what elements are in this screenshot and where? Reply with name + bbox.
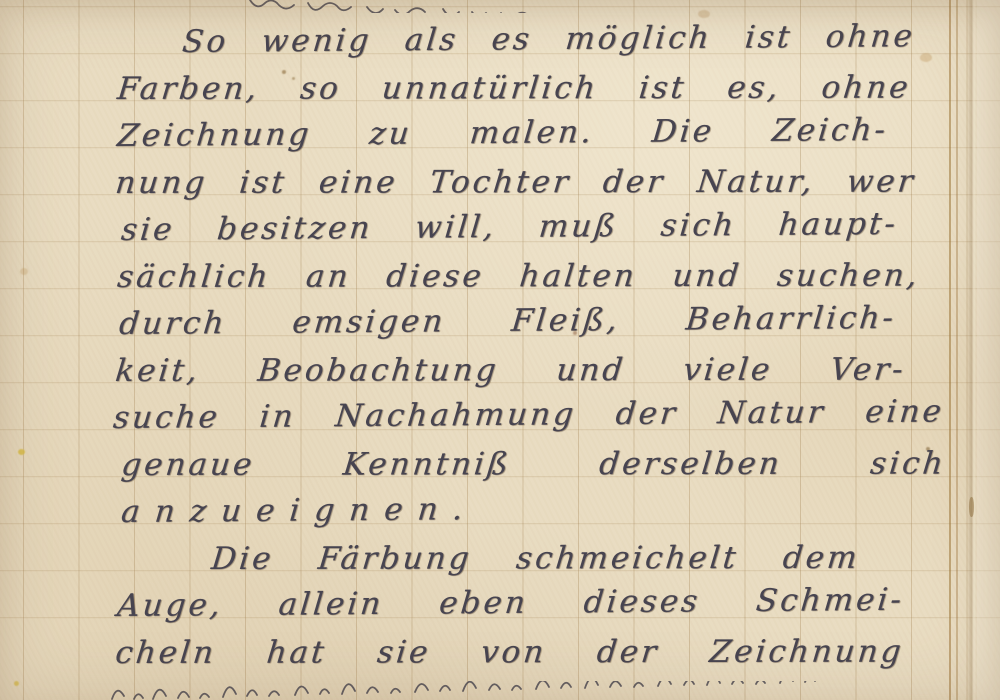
cut-off-line-top-fragment xyxy=(248,0,768,13)
manuscript-line: sächlich an diese halten und suchen, xyxy=(115,253,922,301)
manuscript-line: keit, Beobachtung und viele Ver- xyxy=(113,347,908,395)
handwritten-text: So wenig als es möglich ist ohne Farben,… xyxy=(105,19,950,677)
manuscript-line: nung ist eine Tochter der Natur, wer xyxy=(113,159,918,207)
manuscript-line: Auge, allein eben dieses Schmei- xyxy=(115,577,906,630)
manuscript-line: anzueignen. xyxy=(119,482,955,536)
stain-spot xyxy=(18,449,25,455)
page-edge-highlight xyxy=(977,0,1000,700)
manuscript-line: sie besitzen will, muß sich haupt- xyxy=(119,201,900,254)
manuscript-line: Zeichnung zu malen. Die Zeich- xyxy=(115,107,890,160)
right-margin-rule-secondary xyxy=(956,0,958,700)
manuscript-line: suche in Nachahmung der Natur eine xyxy=(111,388,946,442)
manuscript-line: durch emsigen Fleiß, Beharrlich- xyxy=(117,295,898,348)
manuscript-line: Die Färbung schmeichelt dem xyxy=(209,535,862,583)
stain-spot xyxy=(20,268,28,275)
crease-ink-blot xyxy=(969,497,974,517)
manuscript-line: Farben, so unnatürlich ist es, ohne xyxy=(115,65,913,113)
paper-crease xyxy=(967,0,977,700)
cut-off-line-bottom-fragment xyxy=(108,681,908,700)
manuscript-line: cheln hat sie von der Zeichnung xyxy=(113,629,906,677)
manuscript-line: genaue Kenntniß derselben sich xyxy=(119,441,948,489)
manuscript-page: So wenig als es möglich ist ohne Farben,… xyxy=(0,0,1000,700)
stain-spot xyxy=(14,681,19,686)
manuscript-line: So wenig als es möglich ist ohne xyxy=(180,13,917,66)
